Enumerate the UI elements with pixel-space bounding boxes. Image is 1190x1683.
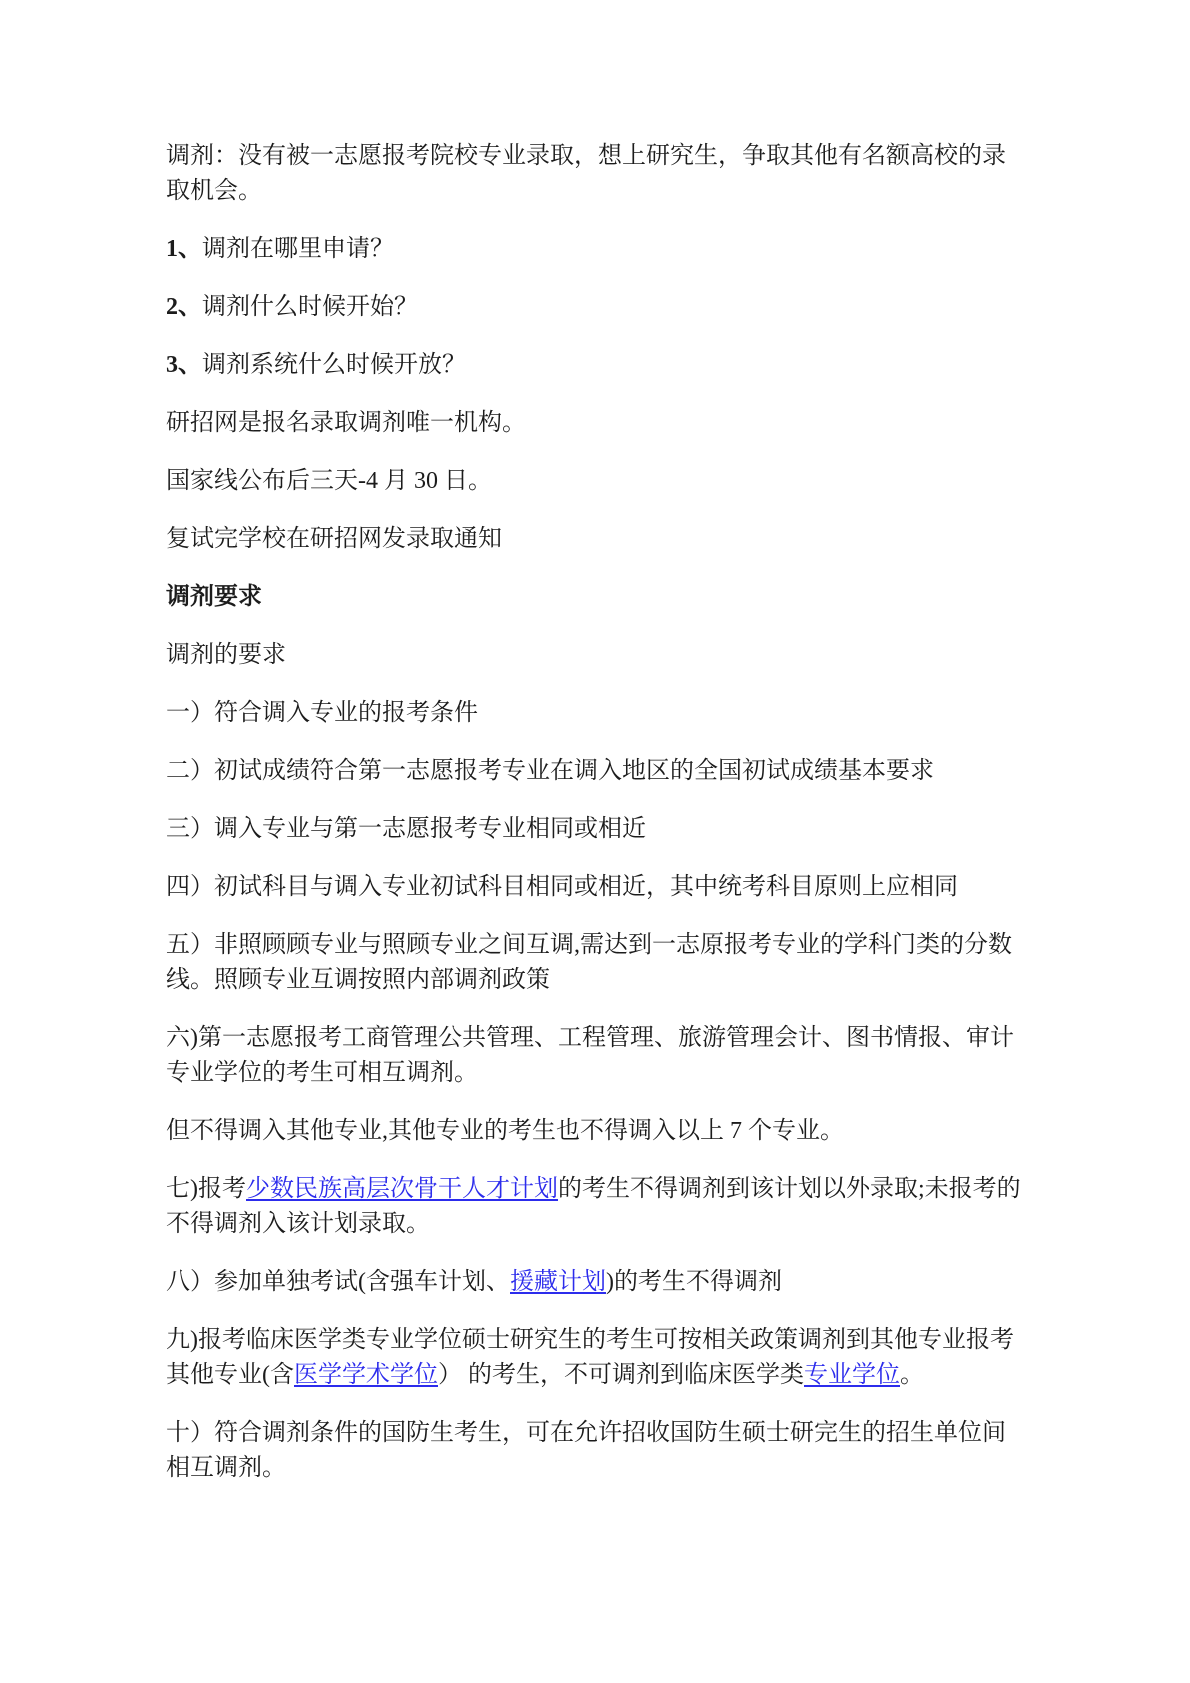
document-body: 调剂：没有被一志愿报考院校专业录取，想上研究生，争取其他有名额高校的录取机会。1…: [166, 139, 1026, 1486]
text-run: 调剂系统什么时候开放？: [202, 352, 466, 378]
text-run: 但不得调入其他专业,其他专业的考生也不得调入以上 7 个专业。: [166, 1118, 844, 1144]
text-run: 调剂在哪里申请？: [202, 236, 394, 262]
text-run: 六)第一志愿报考工商管理公共管理、工程管理、旅游管理会计、图书情报、审计专业学位…: [166, 1025, 1014, 1086]
text-run: 三）调入专业与第一志愿报考专业相同或相近: [166, 816, 646, 842]
paragraph: 调剂的要求: [166, 638, 1026, 673]
text-run: 十）符合调剂条件的国防生考生，可在允许招收国防生硕士研完生的招生单位间相互调剂。: [166, 1420, 1006, 1481]
paragraph: 八）参加单独考试(含强车计划、援藏计划)的考生不得调剂: [166, 1265, 1026, 1300]
paragraph: 七)报考少数民族高层次骨干人才计划的考生不得调剂到该计划以外录取;未报考的不得调…: [166, 1172, 1026, 1242]
text-run: 。: [900, 1362, 924, 1388]
link-medical-academic-degree[interactable]: 医学学术学位: [294, 1362, 438, 1388]
paragraph: 一）符合调入专业的报考条件: [166, 696, 1026, 731]
text-run: )的考生不得调剂: [606, 1269, 782, 1295]
text-run: 调剂的要求: [166, 642, 286, 668]
paragraph: 二）初试成绩符合第一志愿报考专业在调入地区的全国初试成绩基本要求: [166, 754, 1026, 789]
paragraph: 调剂：没有被一志愿报考院校专业录取，想上研究生，争取其他有名额高校的录取机会。: [166, 139, 1026, 209]
bold-text-run: 2、: [166, 294, 202, 320]
bold-text-run: 3、: [166, 352, 202, 378]
text-run: 八）参加单独考试(含强车计划、: [166, 1269, 510, 1295]
bold-text-run: 1、: [166, 236, 202, 262]
paragraph: 1、调剂在哪里申请？: [166, 232, 1026, 267]
bold-text-run: 调剂要求: [166, 584, 262, 610]
section-heading: 调剂要求: [166, 580, 1026, 615]
text-run: 调剂：没有被一志愿报考院校专业录取，想上研究生，争取其他有名额高校的录取机会。: [166, 143, 1006, 204]
text-run: 五）非照顾顾专业与照顾专业之间互调,需达到一志原报考专业的学科门类的分数线。照顾…: [166, 932, 1012, 993]
paragraph: 复试完学校在研招网发录取通知: [166, 522, 1026, 557]
text-run: ） 的考生，不可调剂到临床医学类: [438, 1362, 804, 1388]
link-minority-high-level-talent-plan[interactable]: 少数民族高层次骨干人才计划: [246, 1176, 558, 1202]
text-run: 二）初试成绩符合第一志愿报考专业在调入地区的全国初试成绩基本要求: [166, 758, 934, 784]
text-run: 四）初试科目与调入专业初试科目相同或相近，其中统考科目原则上应相同: [166, 874, 958, 900]
document-page: 调剂：没有被一志愿报考院校专业录取，想上研究生，争取其他有名额高校的录取机会。1…: [0, 0, 1190, 1683]
paragraph: 3、调剂系统什么时候开放？: [166, 348, 1026, 383]
paragraph: 五）非照顾顾专业与照顾专业之间互调,需达到一志原报考专业的学科门类的分数线。照顾…: [166, 928, 1026, 998]
paragraph: 九)报考临床医学类专业学位硕士研究生的考生可按相关政策调剂到其他专业报考其他专业…: [166, 1323, 1026, 1393]
paragraph: 四）初试科目与调入专业初试科目相同或相近，其中统考科目原则上应相同: [166, 870, 1026, 905]
text-run: 国家线公布后三天-4 月 30 日。: [166, 468, 492, 494]
text-run: 复试完学校在研招网发录取通知: [166, 526, 502, 552]
link-aid-tibet-plan[interactable]: 援藏计划: [510, 1269, 606, 1295]
paragraph: 六)第一志愿报考工商管理公共管理、工程管理、旅游管理会计、图书情报、审计专业学位…: [166, 1021, 1026, 1091]
paragraph: 国家线公布后三天-4 月 30 日。: [166, 464, 1026, 499]
text-run: 七)报考: [166, 1176, 246, 1202]
paragraph: 研招网是报名录取调剂唯一机构。: [166, 406, 1026, 441]
paragraph: 三）调入专业与第一志愿报考专业相同或相近: [166, 812, 1026, 847]
text-run: 研招网是报名录取调剂唯一机构。: [166, 410, 526, 436]
paragraph: 但不得调入其他专业,其他专业的考生也不得调入以上 7 个专业。: [166, 1114, 1026, 1149]
text-run: 调剂什么时候开始？: [202, 294, 418, 320]
text-run: 一）符合调入专业的报考条件: [166, 700, 478, 726]
paragraph: 2、调剂什么时候开始？: [166, 290, 1026, 325]
link-professional-degree[interactable]: 专业学位: [804, 1362, 900, 1388]
paragraph: 十）符合调剂条件的国防生考生，可在允许招收国防生硕士研完生的招生单位间相互调剂。: [166, 1416, 1026, 1486]
